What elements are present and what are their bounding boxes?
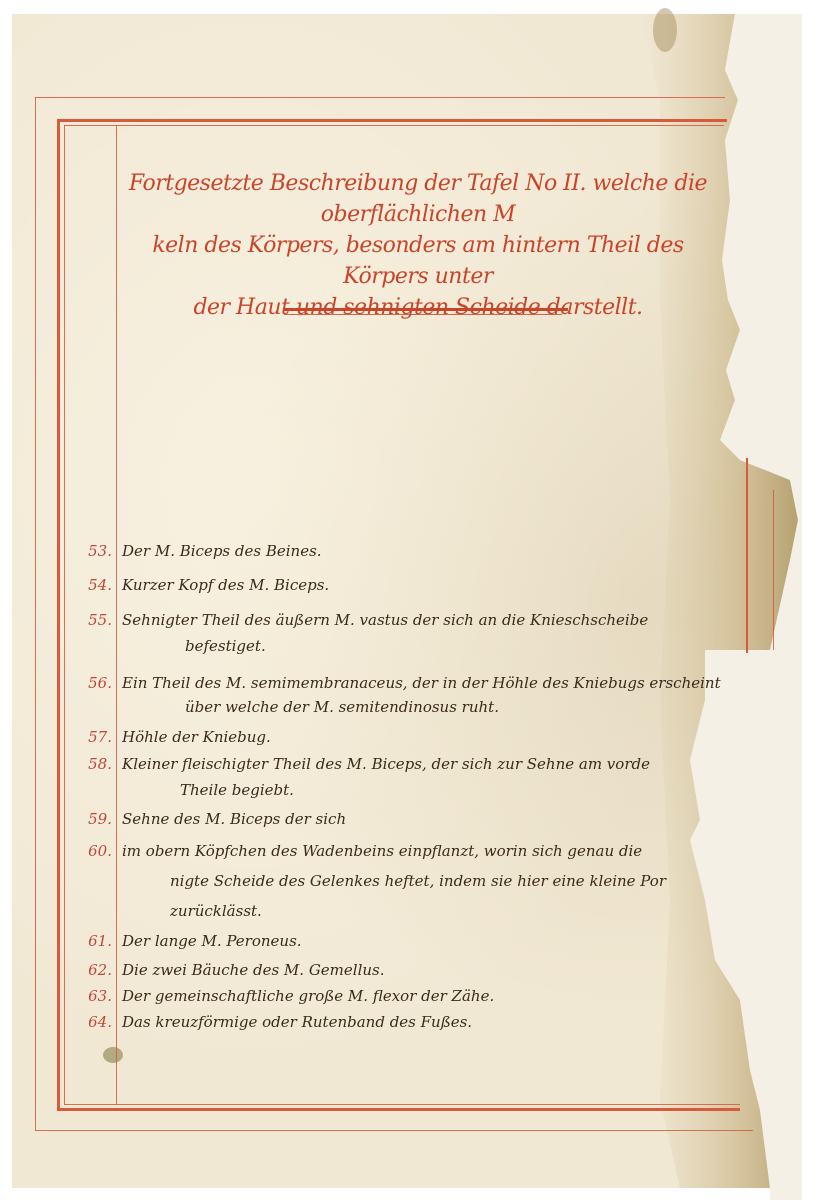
- entry-text: Der M. Biceps des Beines.: [122, 542, 322, 560]
- frame-outer-left: [35, 97, 36, 1131]
- entry-60-continuation-1: nigte Scheide des Gelenkes heftet, indem…: [170, 872, 666, 890]
- frame-outer-bottom: [35, 1130, 753, 1131]
- entry-56-continuation: über welche der M. semitendinosus ruht.: [185, 698, 499, 716]
- entry-number: 62.: [70, 961, 112, 979]
- frame-inner-left: [64, 125, 65, 1105]
- entry-number: 54.: [70, 576, 112, 594]
- title-line-1: Fortgesetzte Beschreibung der Tafel No I…: [118, 168, 718, 230]
- entry-number: 56.: [70, 674, 112, 692]
- entry-text: Der lange M. Peroneus.: [122, 932, 302, 950]
- title-underline-thin: [284, 314, 562, 315]
- frame-right-fragment-thick: [746, 458, 748, 653]
- entry-text: Kleiner fleischigter Theil des M. Biceps…: [122, 755, 650, 773]
- entry-number: 55.: [70, 611, 112, 629]
- entry-number: 60.: [70, 842, 112, 860]
- entry-number: 57.: [70, 728, 112, 746]
- frame-outer-top: [35, 97, 725, 98]
- entry-text: Der gemeinschaftliche große M. flexor de…: [122, 987, 494, 1005]
- entry-text: Ein Theil des M. semimembranaceus, der i…: [122, 674, 721, 692]
- frame-inner-bottom: [64, 1104, 740, 1105]
- entry-number: 61.: [70, 932, 112, 950]
- entry-58-continuation: Theile begiebt.: [180, 781, 294, 799]
- entry-text: Sehnigter Theil des äußern M. vastus der…: [122, 611, 648, 629]
- entry-number: 64.: [70, 1013, 112, 1031]
- frame-right-fragment-thin: [773, 490, 774, 650]
- frame-thick-left: [57, 119, 60, 1110]
- frame-inner-top: [64, 125, 724, 126]
- frame-thick-bottom: [57, 1108, 740, 1111]
- entry-60-continuation-2: zurücklässt.: [170, 902, 262, 920]
- entry-text: Sehne des M. Biceps der sich: [122, 810, 346, 828]
- entry-55-continuation: befestiget.: [185, 637, 266, 655]
- entry-text: Das kreuzförmige oder Rutenband des Fuße…: [122, 1013, 472, 1031]
- title-line-2: keln des Körpers, besonders am hintern T…: [118, 230, 718, 292]
- entry-number: 53.: [70, 542, 112, 560]
- page-title: Fortgesetzte Beschreibung der Tafel No I…: [118, 168, 718, 323]
- entry-number: 59.: [70, 810, 112, 828]
- title-underline: [284, 308, 568, 311]
- entry-number: 63.: [70, 987, 112, 1005]
- entry-text: Die zwei Bäuche des M. Gemellus.: [122, 961, 385, 979]
- frame-thick-top: [57, 119, 727, 122]
- margin-rule: [116, 125, 117, 1105]
- entry-text: Kurzer Kopf des M. Biceps.: [122, 576, 329, 594]
- entry-text: im obern Köpfchen des Wadenbeins einpfla…: [122, 842, 642, 860]
- entry-text: Höhle der Kniebug.: [122, 728, 271, 746]
- entry-number: 58.: [70, 755, 112, 773]
